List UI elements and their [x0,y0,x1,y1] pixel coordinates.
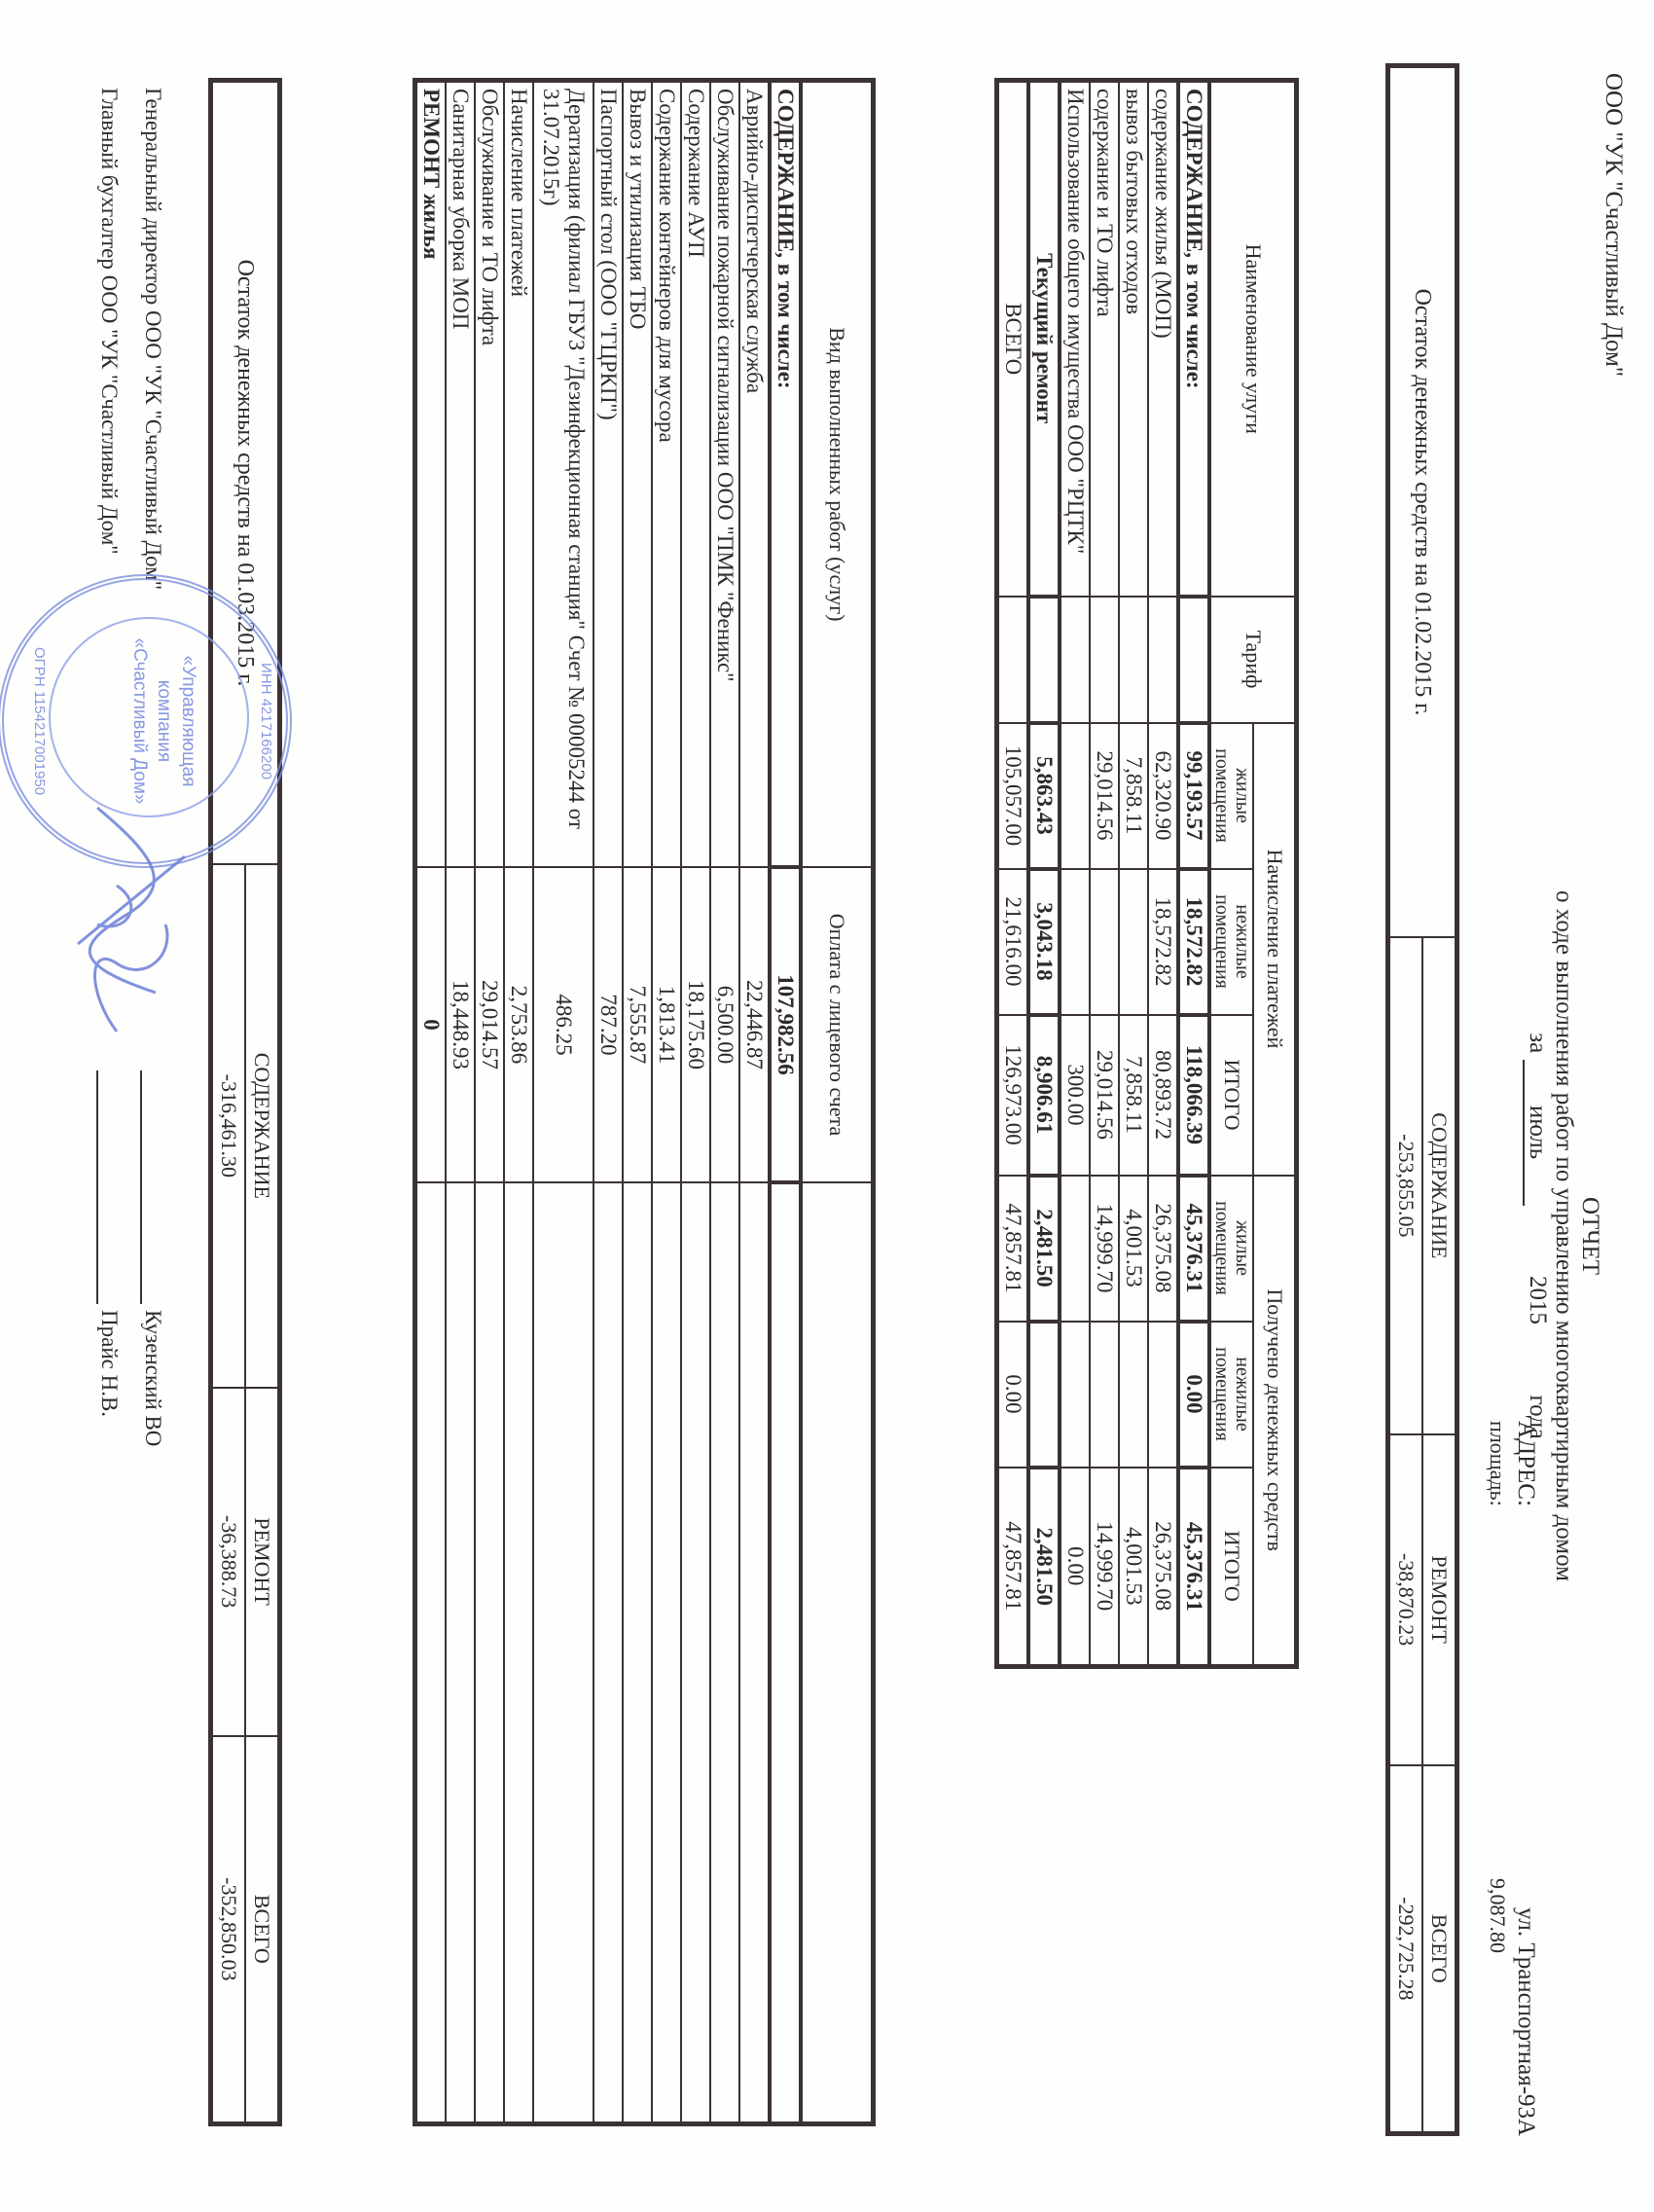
cell-acc-res: 7,858.11 [1120,723,1149,869]
cell-rec-total: 4,001.53 [1120,1468,1149,1667]
cell-acc-total: 80,893.72 [1149,1015,1179,1176]
signature-name: Прайс Н.В. [97,1310,122,1417]
closing-balance: Остаток денежных средств на 01.03.2015 г… [208,78,282,2126]
area-value: 9,087.80 [1486,1878,1510,1953]
cell-rec-non [1149,1322,1179,1468]
report-year: 2015 [1525,1276,1551,1324]
cell-rec-res: 14,999.70 [1091,1176,1120,1322]
table-row: содержание и ТО лифта29,014.5629,014.561… [1091,81,1120,1667]
cell-acc-total: 126,973.00 [997,1015,1029,1176]
closing-col-name: ВСЕГО [245,1736,280,2124]
cell-acc-non [1091,869,1120,1015]
table-row: Вывоз и утилизация ТБО7,555.87 [623,81,652,2124]
cell-acc-total: 29,014.56 [1091,1015,1120,1176]
header-rec-total: ИТОГО [1210,1468,1254,1667]
closing-col-value: -352,850.03 [211,1736,246,2124]
signature-name: Кузенский ВО [141,1310,165,1446]
header-acc-residential: жилые помещения [1210,723,1254,869]
table-row: Использование общего имущества ООО "РЦТК… [1061,81,1091,1667]
cell-empty [504,1182,533,2123]
table-row: Аврийно-диспетчерская служба22,446.87 [739,81,770,2124]
area-label: площадь: [1485,1421,1510,1878]
table-row: Начисление платежей2,753.86 [504,81,533,2124]
cell-rec-non: 0.00 [1179,1322,1210,1468]
table-row: Обслуживание и ТО лифта29,014.57 [475,81,504,2124]
table-row: Содержание АУП18,175.60 [681,81,710,2124]
cell-work-name: Паспортный стол (ООО "ГЦРКП") [593,81,623,867]
cell-payment: 18,175.60 [681,867,710,1182]
cell-acc-total: 8,906.61 [1029,1015,1061,1176]
table-row: СОДЕРЖАНИЕ, в том числе:99,193.5718,572.… [1179,81,1210,1667]
closing-col-name: РЕМОНТ [245,1388,280,1736]
table-row: СОДЕРЖАНИЕ, в том числе:107,982.56 [770,81,801,2124]
opening-col-value: -38,870.23 [1388,1434,1423,1765]
cell-name: содержание и ТО лифта [1091,81,1120,597]
table-row: содержание жилья (МОП)62,320.9018,572.82… [1149,81,1179,1667]
signature-line [140,1070,142,1304]
cell-tariff [1149,597,1179,723]
cell-empty [533,1182,593,2123]
stamp-ogrn: ОГРН 1154217001950 [31,580,48,862]
report-subtitle: о ходе выполнения работ по управлению мн… [1551,798,1577,1674]
cell-work-name: РЕМОНТ жилья [415,81,447,867]
table-row: Санитарная уборка МОП18,448.93 [446,81,475,2124]
cell-empty [475,1182,504,2123]
report-month: июль [1523,1060,1551,1206]
opening-col-name: ВСЕГО [1422,1765,1457,2134]
cell-rec-total: 14,999.70 [1091,1468,1120,1667]
header-received: Получено денежных средств [1254,1176,1297,1667]
cell-payment: 1,813.41 [652,867,681,1182]
opening-col-value: -292,725.28 [1388,1765,1423,2134]
cell-rec-res: 26,375.08 [1149,1176,1179,1322]
cell-work-name: Обслуживание и ТО лифта [475,81,504,867]
cell-work-name: Вывоз и утилизация ТБО [623,81,652,867]
cell-work-name: Начисление платежей [504,81,533,867]
table-row: Дератизация (филиал ГБУЗ "Дезинфекционна… [533,81,593,2124]
cell-rec-res: 47,857.81 [997,1176,1029,1322]
cell-empty [623,1182,652,2123]
table-row: Паспортный стол (ООО "ГЦРКП")787.20 [593,81,623,2124]
cell-acc-non: 21,616.00 [997,869,1029,1015]
cell-empty [770,1182,801,2123]
cell-name: СОДЕРЖАНИЕ, в том числе: [1179,81,1210,597]
cell-work-name: Содержание АУП [681,81,710,867]
cell-rec-non [1120,1322,1149,1468]
cell-rec-res [1061,1176,1091,1322]
cell-rec-total: 47,857.81 [997,1468,1029,1667]
header-service: Наименование улуги [1210,81,1297,597]
cell-acc-total: 7,858.11 [1120,1015,1149,1176]
cell-payment: 7,555.87 [623,867,652,1182]
header-work: Вид выполненных работ (услуг) [801,81,874,867]
closing-col-value: -36,388.73 [211,1388,246,1736]
cell-payment: 0 [415,867,447,1182]
cell-acc-non [1120,869,1149,1015]
report-period: за июль 2015 года [1523,1033,1551,1438]
handwritten-signature-icon [58,798,214,1051]
cell-acc-non: 3,043.18 [1029,869,1061,1015]
table-row: Обслуживание пожарной сигнализации ООО "… [710,81,739,2124]
opening-col-value: -253,855.05 [1388,937,1423,1434]
header-empty [801,1182,874,2123]
cell-tariff [1061,597,1091,723]
cell-empty [415,1182,447,2123]
cell-rec-non: 0.00 [997,1322,1029,1468]
table-row: РЕМОНТ жилья0 [415,81,447,2124]
cell-name: содержание жилья (МОП) [1149,81,1179,597]
opening-col-name: СОДЕРЖАНИЕ [1422,937,1457,1434]
cell-rec-res: 4,001.53 [1120,1176,1149,1322]
table-row: Содержание контейнеров для мусора1,813.4… [652,81,681,2124]
cell-acc-non: 18,572.82 [1179,869,1210,1015]
cell-empty [681,1182,710,2123]
cell-acc-res [1061,723,1091,869]
cell-acc-res: 105,057.00 [997,723,1029,869]
table-row: ВСЕГО105,057.0021,616.00126,973.0047,857… [997,81,1029,1667]
header-acc-nonresidential: нежилые помещения [1210,869,1254,1015]
cell-empty [593,1182,623,2123]
cell-acc-non [1061,869,1091,1015]
cell-rec-total: 26,375.08 [1149,1468,1179,1667]
header-tariff: Тариф [1210,597,1297,723]
header-payment: Оплата с лицевого счета [801,867,874,1182]
cell-acc-res: 62,320.90 [1149,723,1179,869]
cell-work-name: Содержание контейнеров для мусора [652,81,681,867]
cell-rec-non [1091,1322,1120,1468]
cell-acc-total: 300.00 [1061,1015,1091,1176]
table-row: Текущий ремонт5,863.433,043.188,906.612,… [1029,81,1061,1667]
cell-work-name: Аврийно-диспетчерская служба [739,81,770,867]
cell-name: вывоз бытовых отходов [1120,81,1149,597]
accruals-table: Наименование улуги Тариф Начисление плат… [995,78,1300,1669]
cell-empty [652,1182,681,2123]
cell-tariff [1029,597,1061,723]
cell-tariff [1179,597,1210,723]
cell-payment: 486.25 [533,867,593,1182]
cell-rec-non [1029,1322,1061,1468]
opening-balance: Остаток денежных средств на 01.02.2015 г… [1385,63,1459,2136]
header-acc-total: ИТОГО [1210,1015,1254,1176]
cell-acc-non: 18,572.82 [1149,869,1179,1015]
company-name: ООО "УК "Счастливый Дом" [1600,73,1627,377]
address-label: АДРЕС: [1512,1421,1539,1907]
cell-empty [710,1182,739,2123]
stamp-inn: ИНН 4217166200 [258,580,274,862]
cell-rec-res: 2,481.50 [1029,1176,1061,1322]
cell-payment: 22,446.87 [739,867,770,1182]
cell-name: Текущий ремонт [1029,81,1061,597]
closing-col-value: -316,461.30 [211,864,246,1388]
cell-tariff [997,597,1029,723]
cell-work-name: СОДЕРЖАНИЕ, в том числе: [770,81,801,867]
cell-work-name: Санитарная уборка МОП [446,81,475,867]
table-row: вывоз бытовых отходов7,858.117,858.114,0… [1120,81,1149,1667]
cell-rec-total: 2,481.50 [1029,1468,1061,1667]
cell-tariff [1091,597,1120,723]
opening-col-name: РЕМОНТ [1422,1434,1457,1765]
header-rec-nonresidential: нежилые помещения [1210,1322,1254,1468]
cell-rec-total: 45,376.31 [1179,1468,1210,1667]
address-line: АДРЕС:ул. Транспортная-93А [1512,1421,1539,2136]
cell-empty [446,1182,475,2123]
cell-name: Использование общего имущества ООО "РЦТК… [1061,81,1091,597]
cell-work-name: Дератизация (филиал ГБУЗ "Дезинфекционна… [533,81,593,867]
cell-empty [739,1182,770,2123]
cell-rec-non [1061,1322,1091,1468]
opening-balance-label: Остаток денежных средств на 01.02.2015 г… [1388,66,1457,938]
cell-payment: 6,500.00 [710,867,739,1182]
works-table: Вид выполненных работ (услуг) Оплата с л… [413,78,876,2126]
scanned-report-page: ООО "УК "Счастливый Дом" ОТЧЕТ о ходе вы… [0,0,1654,2212]
cell-acc-res: 29,014.56 [1091,723,1120,869]
cell-rec-total: 0.00 [1061,1468,1091,1667]
cell-payment: 107,982.56 [770,867,801,1182]
cell-payment: 18,448.93 [446,867,475,1182]
cell-tariff [1120,597,1149,723]
cell-work-name: Обслуживание пожарной сигнализации ООО "… [710,81,739,867]
cell-acc-total: 118,066.39 [1179,1015,1210,1176]
signature-line [96,1070,98,1304]
address-value: ул. Транспортная-93А [1513,1907,1539,2136]
cell-acc-res: 99,193.57 [1179,723,1210,869]
cell-name: ВСЕГО [997,81,1029,597]
area-line: площадь:9,087.80 [1485,1421,1510,1953]
cell-payment: 29,014.57 [475,867,504,1182]
closing-col-name: СОДЕРЖАНИЕ [245,864,280,1388]
cell-payment: 787.20 [593,867,623,1182]
header-rec-residential: жилые помещения [1210,1176,1254,1322]
cell-acc-res: 5,863.43 [1029,723,1061,869]
report-title: ОТЧЕТ [1577,798,1603,1674]
header-accrued: Начисление платежей [1254,723,1297,1176]
cell-rec-res: 45,376.31 [1179,1176,1210,1322]
cell-payment: 2,753.86 [504,867,533,1182]
